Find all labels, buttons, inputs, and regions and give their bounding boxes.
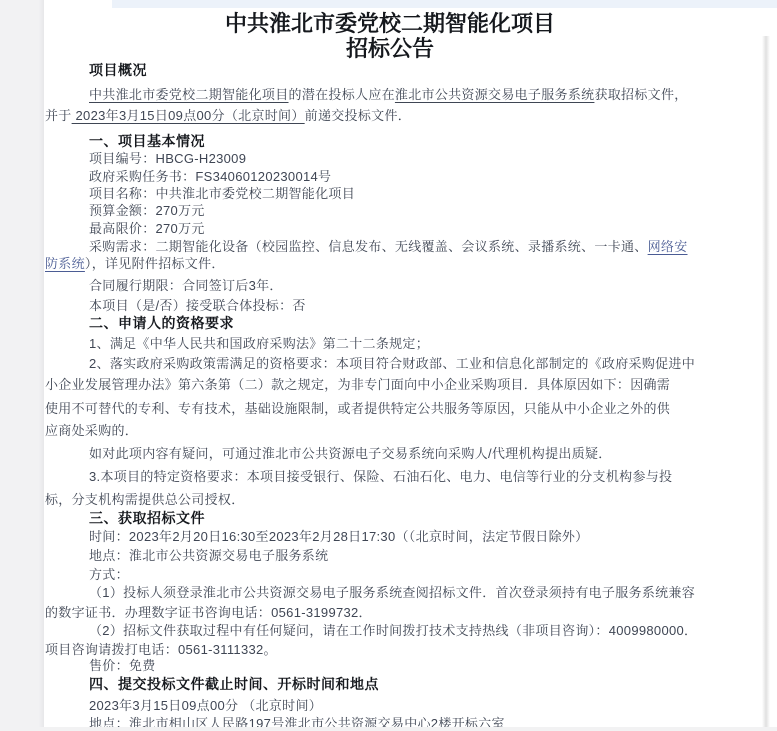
document-viewer: 中共淮北市委党校二期智能化项目 招标公告 项目概况 中共淮北市委党校二期智能化项… [0,0,777,731]
task-number-line: 政府采购任务书：FS34060120230014号 [89,169,331,184]
demand-text-2: ），详见附件招标文件． [85,256,225,271]
obtain-time-line: 时间：2023年2月20日16:30至2023年2月28日17:30（（北京时间… [89,529,588,544]
section4-heading: 四、提交投标文件截止时间、开标时间和地点 [89,677,379,692]
project-number-line: 项目编号：HBCG-H23009 [89,151,246,166]
qualification-item2-line2: 小企业发展管理办法》第六条第（二）款之规定，为非专门面向中小企业采购项目．具体原… [45,377,670,392]
overview-line-1: 中共淮北市委党校二期智能化项目的潜在投标人应在淮北市公共资源交易电子服务系统获取… [89,87,688,102]
top-accent-bar [112,0,777,8]
service-system-underlined[interactable]: 淮北市公共资源交易电子服务系统 [395,87,595,102]
project-name-underlined[interactable]: 中共淮北市委党校二期智能化项目 [89,87,289,102]
document-page: 中共淮北市委党校二期智能化项目 招标公告 项目概况 中共淮北市委党校二期智能化项… [44,8,777,727]
overview-line-2: 并于 2023年3月15日09点00分（北京时间）前递交投标文件． [45,108,411,123]
project-name-line: 项目名称：中共淮北市委党校二期智能化项目 [89,186,355,201]
announcement-title-line1: 中共淮北市委党校二期智能化项目 [44,12,736,36]
qualification-item3-line2: 标，分支机构需提供总公司授权． [45,492,245,507]
obtain-place-line: 地点：淮北市公共资源交易电子服务系统 [89,548,328,563]
deadline-datetime-underlined: 2023年3月15日09点00分（北京时间） [72,108,305,123]
demand-line-2: 防系统），详见附件招标文件． [45,256,225,271]
page-left-margin [0,0,44,731]
qualification-item3-line1: 3.本项目的特定资格要求：本项目接受银行、保险、石油石化、电力、电信等行业的分支… [89,469,672,484]
network-security-link-part1[interactable]: 网络安 [648,239,688,254]
network-security-link-part2[interactable]: 防系统 [45,256,85,271]
section2-heading: 二、申请人的资格要求 [89,316,234,331]
demand-line-1: 采购需求：二期智能化设备（校园监控、信息发布、无线覆盖、会议系统、录播系统、一卡… [89,239,688,254]
obtain-method2-line2: 项目咨询请拨打电话：0561-3111332。 [45,642,277,657]
announcement-title-line2: 招标公告 [44,37,736,61]
obtain-method1-line2: 的数字证书．办理数字证书咨询电话：0561-3199732． [45,605,372,620]
overview-text-4: 前递交投标文件． [305,108,411,123]
overview-text-3: 并于 [45,108,72,123]
scrollbar-track[interactable] [762,36,770,727]
overview-text-1: 的潜在投标人应在 [289,87,395,102]
qualification-item2-note: 如对此项内容有疑问，可通过淮北市公共资源电子交易系统向采购人/代理机构提出质疑． [89,446,612,461]
page-bottom-margin [0,727,777,731]
overview-text-2: 获取招标文件， [594,87,687,102]
obtain-method-label: 方式： [89,567,129,582]
budget-line: 预算金额：270万元 [89,203,205,218]
overview-heading: 项目概况 [89,63,147,78]
obtain-method2-line1: （2）招标文件获取过程中有任何疑问，请在工作时间拨打技术支持热线（非项目咨询）：… [89,623,697,638]
qualification-item2-line4: 应商处采购的． [45,423,138,438]
section3-heading: 三、获取招标文件 [89,511,205,526]
qualification-item2-line1: 2、落实政府采购政策需满足的资格要求：本项目符合财政部、工业和信息化部制定的《政… [89,356,695,371]
qualification-item2-line3: 使用不可替代的专利、专有技术，基础设施限制，或者提供特定公共服务等原因，只能从中… [45,401,670,416]
demand-text: 采购需求：二期智能化设备（校园监控、信息发布、无线覆盖、会议系统、录播系统、一卡… [89,239,648,254]
contract-term-line: 合同履行期限：合同签订后3年． [89,278,283,293]
joint-bid-line: 本项目（是/否）接受联合体投标：否 [89,298,306,313]
section1-heading: 一、项目基本情况 [89,134,205,149]
obtain-method1-line1: （1）投标人须登录淮北市公共资源交易电子服务系统查阅招标文件．首次登录须持有电子… [89,585,695,600]
document-price-line: 售价：免费 [89,658,156,673]
deadline-time-line: 2023年3月15日09点00分 （北京时间） [89,698,322,713]
max-price-line: 最高限价：270万元 [89,221,205,236]
qualification-item1: 1、满足《中华人民共和国政府采购法》第二十二条规定； [89,336,429,351]
